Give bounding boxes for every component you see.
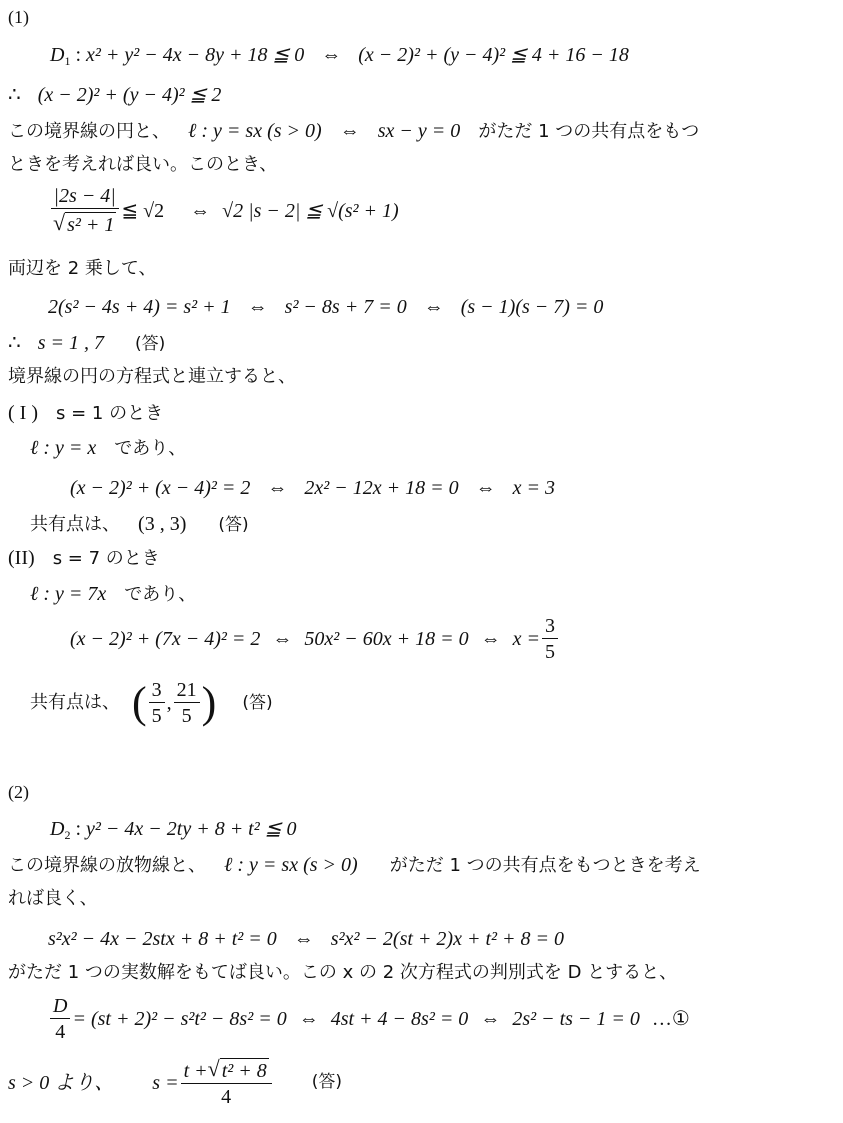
case1-label: ( I ) bbox=[8, 402, 38, 424]
answer-mark: (答) bbox=[135, 334, 165, 354]
case1-eq1: (x − 2)² + (x − 4)² = 2 bbox=[70, 477, 250, 499]
therefore-symbol: ∴ bbox=[8, 332, 21, 354]
discriminant-eq2: 4st + 4 − 8s² = 0 bbox=[331, 1009, 469, 1029]
d2-definition: D2 : y² − 4x − 2ty + 8 + t² ≦ 0 bbox=[50, 819, 297, 839]
case2-point-label: 共有点は、 bbox=[30, 694, 120, 712]
text-consider: ときを考えれば良い。このとき、 bbox=[8, 156, 277, 174]
iff-symbol: ⇔ bbox=[480, 1009, 500, 1029]
parabola-condition-line: この境界線の放物線と、 ℓ : y = sx (s > 0) がただ 1 つの共… bbox=[8, 855, 701, 875]
point-y-numerator: 21 bbox=[174, 680, 200, 703]
case1-point-line: 共有点は、 (3 , 3) (答) bbox=[30, 514, 249, 534]
case2-eq3-lhs: x = bbox=[513, 629, 540, 649]
iff-symbol: ⇔ bbox=[424, 296, 444, 318]
case2-point: ( 35 , 215 ) bbox=[132, 680, 216, 726]
case2-point-line: 共有点は、 ( 35 , 215 ) (答) bbox=[30, 680, 273, 726]
d2-subscript: 2 bbox=[64, 828, 70, 842]
case1-equations: (x − 2)² + (x − 4)² = 2 ⇔ 2x² − 12x + 18… bbox=[70, 478, 555, 498]
point-x-numerator: 3 bbox=[149, 680, 165, 703]
text-simultaneous: 境界線の円の方程式と連立すると、 bbox=[8, 368, 296, 386]
discriminant-eq3: 2s² − ts − 1 = 0 bbox=[512, 1009, 640, 1029]
line-definition: ℓ : y = sx (s > 0) bbox=[188, 120, 322, 142]
point-x-denominator: 5 bbox=[149, 703, 165, 726]
s-solution-lhs: s = bbox=[152, 1073, 178, 1093]
part1-label: (1) bbox=[8, 8, 29, 26]
part2-eq1: s²x² − 4x − 2stx + 8 + t² = 0 bbox=[48, 928, 277, 950]
line-definition: ℓ : y = sx (s > 0) bbox=[224, 854, 358, 876]
d1-definition: D1 : x² + y² − 4x − 8y + 18 ≦ 0 ⇔ (x − 2… bbox=[50, 45, 629, 65]
therefore-symbol: ∴ bbox=[8, 84, 21, 106]
case1-condition: s = 1 のとき bbox=[56, 403, 163, 424]
s-solution-line: s > 0 より、 s = t + √t² + 8 4 (答) bbox=[8, 1058, 342, 1107]
factored-eq: (s − 1)(s − 7) = 0 bbox=[461, 296, 604, 318]
fraction-denominator: 5 bbox=[542, 639, 558, 662]
case2-line-eq: ℓ : y = 7x bbox=[30, 583, 106, 605]
iff-symbol: ⇔ bbox=[321, 44, 341, 66]
discriminant-eq: = (st + 2)² − s²t² − 8s² = 0 bbox=[72, 1009, 286, 1029]
case2-eq1: (x − 2)² + (7x − 4)² = 2 bbox=[70, 629, 260, 649]
distance-denominator: s² + 1 bbox=[65, 212, 116, 235]
case2-label: (II) bbox=[8, 547, 35, 569]
case2-condition: s = 7 のとき bbox=[53, 548, 160, 569]
discriminant-line: D 4 = (st + 2)² − s²t² − 8s² = 0 ⇔ 4st +… bbox=[48, 996, 690, 1042]
distance-inequality: |2s − 4| √s² + 1 ≦ √2 ⇔ √2 |s − 2| ≦ √(s… bbox=[48, 186, 399, 235]
case2-header: (II) s = 7 のとき bbox=[8, 548, 160, 568]
text-circle: この境界線の円と、 bbox=[8, 121, 170, 142]
d1-completed-square: (x − 2)² + (y − 4)² ≦ 4 + 16 − 18 bbox=[358, 44, 629, 66]
case1-eq2: 2x² − 12x + 18 = 0 bbox=[304, 477, 458, 499]
iff-symbol: ⇔ bbox=[340, 120, 360, 142]
answer-mark: (答) bbox=[242, 695, 272, 712]
case2-equations: (x − 2)² + (7x − 4)² = 2 ⇔ 50x² − 60x + … bbox=[70, 616, 560, 662]
d1-result-line: ∴ (x − 2)² + (y − 4)² ≦ 2 bbox=[8, 85, 221, 105]
part2-label: (2) bbox=[8, 783, 29, 801]
distance-fraction: |2s − 4| √s² + 1 bbox=[50, 186, 119, 235]
d1-result: (x − 2)² + (y − 4)² ≦ 2 bbox=[38, 84, 222, 106]
s-result-line: ∴ s = 1 , 7 (答) bbox=[8, 333, 165, 353]
text-parabola: この境界線の放物線と、 bbox=[8, 855, 206, 876]
d1-expression: x² + y² − 4x − 8y + 18 ≦ 0 bbox=[86, 44, 304, 66]
s-denominator: 4 bbox=[218, 1084, 234, 1107]
case2-line-suffix: であり、 bbox=[124, 584, 196, 605]
text-continue: れば良く、 bbox=[8, 890, 98, 908]
d1-subscript: 1 bbox=[64, 54, 70, 68]
quadratic-eq: s² − 8s + 7 = 0 bbox=[285, 296, 407, 318]
iff-symbol: ⇔ bbox=[272, 629, 292, 649]
part2-quadratic-line: s²x² − 4x − 2stx + 8 + t² = 0 ⇔ s²x² − 2… bbox=[48, 929, 564, 949]
s-solution-fraction: t + √t² + 8 4 bbox=[181, 1058, 272, 1107]
iff-symbol: ⇔ bbox=[190, 201, 210, 221]
circle-condition-line: この境界線の円と、 ℓ : y = sx (s > 0) ⇔ sx − y = … bbox=[8, 121, 699, 141]
iff-symbol: ⇔ bbox=[294, 928, 314, 950]
discriminant-numerator: D bbox=[50, 996, 70, 1019]
text-square: 両辺を 2 乗して、 bbox=[8, 260, 157, 278]
answer-mark: (答) bbox=[218, 515, 248, 535]
iff-symbol: ⇔ bbox=[248, 296, 268, 318]
reference-mark: …① bbox=[652, 1009, 690, 1029]
distance-equivalent: √2 |s − 2| ≦ √(s² + 1) bbox=[222, 201, 399, 221]
case1-point-label: 共有点は、 bbox=[30, 514, 120, 535]
case1-point: (3 , 3) bbox=[138, 513, 186, 535]
point-y-denominator: 5 bbox=[179, 703, 195, 726]
d2-expression: y² − 4x − 2ty + 8 + t² ≦ 0 bbox=[86, 818, 296, 840]
case1-line-suffix: であり、 bbox=[114, 438, 186, 459]
text-one-point: がただ 1 つの共有点をもつときを考え bbox=[390, 855, 701, 876]
s-numerator-sqrt: t² + 8 bbox=[220, 1058, 269, 1081]
iff-symbol: ⇔ bbox=[267, 477, 287, 499]
case1-header: ( I ) s = 1 のとき bbox=[8, 403, 163, 423]
iff-symbol: ⇔ bbox=[299, 1009, 319, 1029]
s-positive-condition: s > 0 より、 bbox=[8, 1073, 114, 1093]
part2-eq2: s²x² − 2(st + 2)x + t² + 8 = 0 bbox=[331, 928, 564, 950]
case1-line-eq: ℓ : y = x bbox=[30, 437, 96, 459]
iff-symbol: ⇔ bbox=[476, 477, 496, 499]
answer-mark: (答) bbox=[312, 1074, 342, 1091]
case1-line: ℓ : y = x であり、 bbox=[30, 438, 186, 458]
distance-numerator: |2s − 4| bbox=[51, 186, 119, 209]
s-numerator-t: t + bbox=[184, 1061, 208, 1081]
text-real-solution: がただ 1 つの実数解をもてば良い。この x の 2 次方程式の判別式を D と… bbox=[8, 964, 677, 982]
discriminant-denominator: 4 bbox=[52, 1019, 68, 1042]
fraction-numerator: 3 bbox=[542, 616, 558, 639]
d2-symbol: D bbox=[50, 818, 64, 840]
distance-rhs: ≦ √2 bbox=[121, 201, 164, 221]
discriminant-fraction: D 4 bbox=[50, 996, 70, 1042]
d1-symbol: D bbox=[50, 44, 64, 66]
s-result: s = 1 , 7 bbox=[38, 332, 104, 354]
case2-eq3-fraction: 3 5 bbox=[542, 616, 558, 662]
line-equation: sx − y = 0 bbox=[378, 120, 461, 142]
iff-symbol: ⇔ bbox=[481, 629, 501, 649]
case2-line: ℓ : y = 7x であり、 bbox=[30, 584, 196, 604]
squared-equation-line: 2(s² − 4s + 4) = s² + 1 ⇔ s² − 8s + 7 = … bbox=[48, 297, 603, 317]
case2-eq2: 50x² − 60x + 18 = 0 bbox=[304, 629, 468, 649]
squared-eq: 2(s² − 4s + 4) = s² + 1 bbox=[48, 296, 231, 318]
case1-eq3: x = 3 bbox=[513, 477, 555, 499]
text-one-point: がただ 1 つの共有点をもつ bbox=[478, 121, 699, 142]
